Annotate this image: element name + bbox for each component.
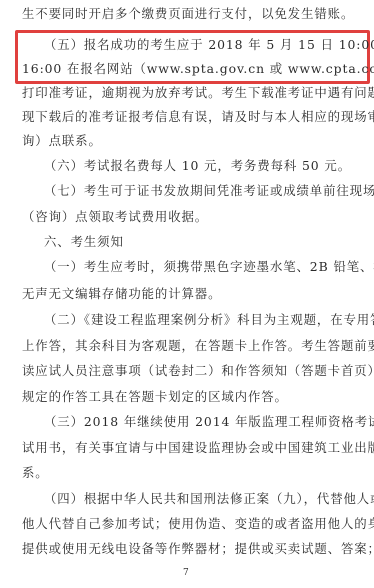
text-line: 现下载后的准考证报考信息有误，请及时与本人相应的现场审核（咨 xyxy=(22,109,374,125)
text-line: 读应试人员注意事项（试卷封二）和作答须知（答题卡首页），使用 xyxy=(22,363,374,379)
text-line: （咨询）点领取考试费用收据。 xyxy=(22,209,208,225)
text-line: （四）根据中华人民共和国刑法修正案（九），代替他人或者让 xyxy=(44,491,374,507)
text-line: 生不要同时开启多个缴费页面进行支付，以免发生错账。 xyxy=(22,6,354,22)
text-line: 16:00 在报名网站（www.spta.gov.cn 或 www.cpta.c… xyxy=(22,61,374,77)
text-line: 打印准考证，逾期视为放弃考试。考生下载准考证中遇有问题，或发 xyxy=(22,85,374,101)
text-line: 规定的作答工具在答题卡划定的区域内作答。 xyxy=(22,389,288,405)
text-line: （七）考生可于证书发放期间凭准考证或成绩单前往现场审核 xyxy=(44,183,374,199)
text-line: 上作答，其余科目为客观题，在答题卡上作答。考生答题前要仔细阅 xyxy=(22,338,374,354)
section-heading: 六、考生须知 xyxy=(44,234,124,250)
text-line: 询）点联系。 xyxy=(22,133,102,149)
text-line: （三）2018 年继续使用 2014 年版监理工程师资格考试大纲和考 xyxy=(44,414,374,430)
text-line: 提供或使用无线电设备等作弊器材；提供或买卖试题、答案；组织或 xyxy=(22,541,374,557)
text-line: （六）考试报名费每人 10 元，考务费每科 50 元。 xyxy=(44,158,351,174)
text-line: 系。 xyxy=(22,465,49,481)
text-line: （五）报名成功的考生应于 2018 年 5 月 15 日 10:00－5 月 1… xyxy=(44,37,374,53)
page-number: 7 xyxy=(183,568,189,578)
text-line: 试用书，有关事宜请与中国建设监理协会或中国建筑工业出版社联 xyxy=(22,440,374,456)
text-line: （二）《建设工程监理案例分析》科目为主观题，在专用答题卡 xyxy=(44,312,374,328)
text-line: （一）考生应考时，须携带黑色字迹墨水笔、2B 铅笔、橡皮、 xyxy=(44,259,374,275)
text-line: 无声无文编辑存储功能的计算器。 xyxy=(22,286,221,302)
text-line: 他人代替自己参加考试；使用伪造、变造的或者盗用他人的身份证件； xyxy=(22,516,374,532)
